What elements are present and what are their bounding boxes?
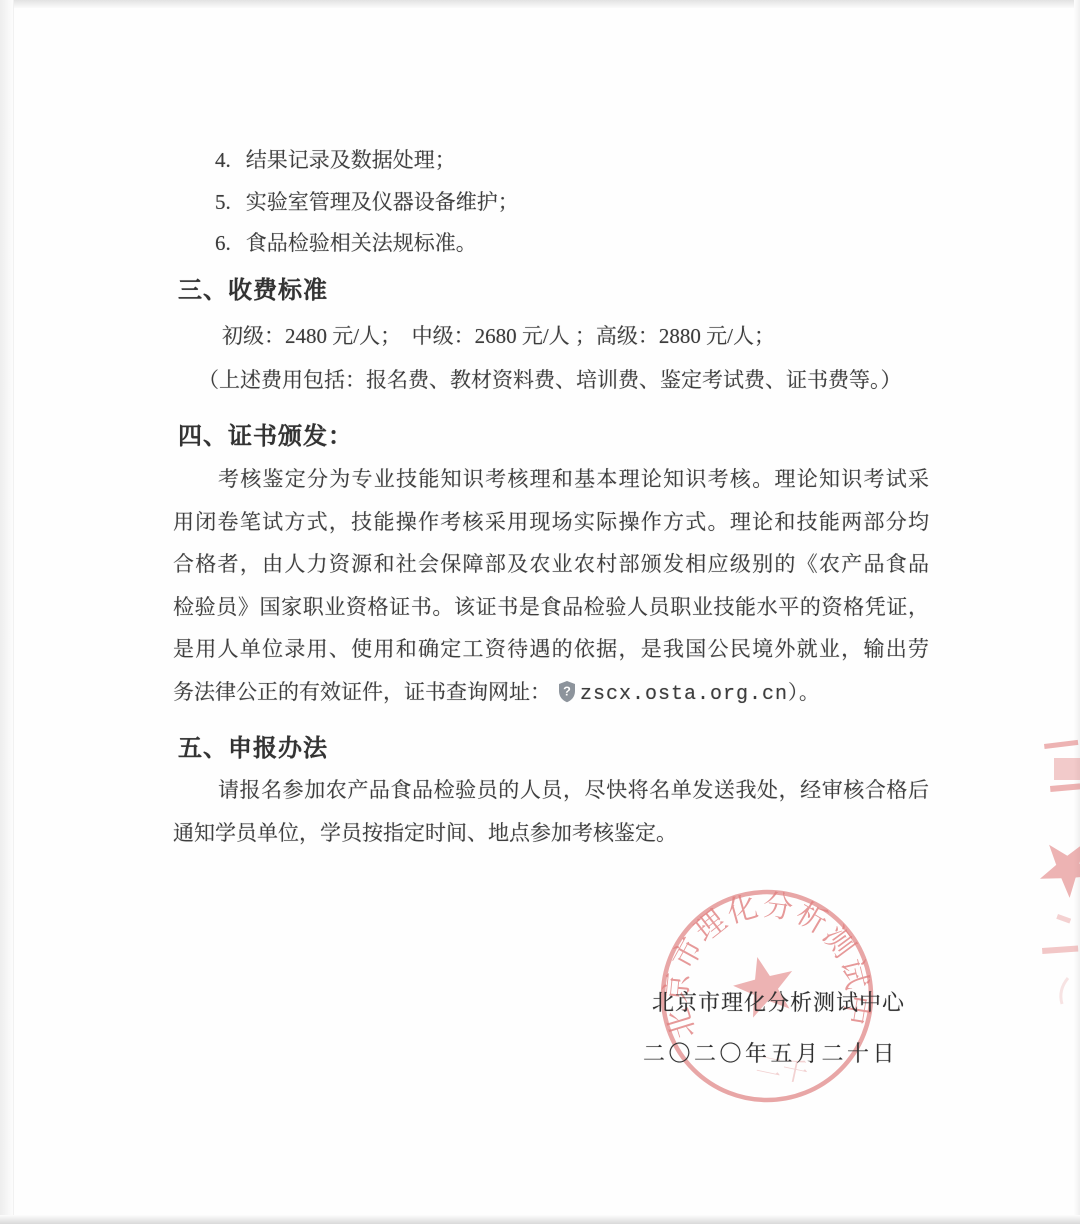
paragraph-line: 是用人单位录用、使用和确定工资待遇的依据，是我国公民境外就业，输出劳	[173, 636, 929, 662]
url-line-prefix: 务法律公正的有效证件，证书查询网址：	[173, 680, 551, 704]
list-item-text: 实验室管理及仪器设备维护；	[246, 190, 519, 214]
paragraph-line: 通知学员单位，学员按指定时间、地点参加考核鉴定。	[173, 820, 929, 846]
list-item-number: 6.	[215, 231, 231, 256]
paragraph-line-url: 务法律公正的有效证件，证书查询网址：?zscx.osta.org.cn）。	[173, 679, 929, 709]
list-item-text: 结果记录及数据处理；	[246, 148, 456, 172]
section-heading-application: 五、申报办法	[178, 728, 328, 763]
scan-edge-right	[1074, 0, 1080, 1224]
section-heading-certificate: 四、证书颁发：	[178, 416, 353, 451]
signature-date: 二〇二〇年五月二十日	[643, 1037, 898, 1068]
paragraph-line: 合格者，由人力资源和社会保障部及农业农村部颁发相应级别的《农产品食品	[173, 551, 929, 577]
signature-organization: 北京市理化分析测试中心	[652, 986, 905, 1017]
list-item-text: 食品检验相关法规标准。	[246, 231, 477, 255]
partial-stamp-fragment	[1010, 728, 1080, 1018]
list-item-number: 5.	[215, 190, 231, 215]
list-item: 4.结果记录及数据处理；	[215, 144, 456, 174]
seal-ring-text: 北京市理化分析测试中心	[647, 876, 874, 1042]
list-item: 5.实验室管理及仪器设备维护；	[215, 186, 519, 216]
paragraph-line: 考核鉴定分为专业技能知识考核理和基本理论知识考核。理论知识考试采	[173, 466, 929, 492]
scan-edge-bottom	[0, 1215, 1080, 1224]
paragraph-line: 用闭卷笔试方式，技能操作考核采用现场实际操作方式。理论和技能两部分均	[173, 509, 929, 535]
scan-edge-left	[0, 0, 14, 1224]
document-page: 4.结果记录及数据处理； 5.实验室管理及仪器设备维护； 6.食品检验相关法规标…	[0, 0, 1080, 1224]
scan-edge-top	[0, 0, 1080, 8]
certificate-query-url: zscx.osta.org.cn）。	[580, 683, 820, 706]
paragraph-line: 检验员》国家职业资格证书。该证书是食品检验人员职业技能水平的资格凭证，	[173, 594, 929, 620]
fee-line: 初级：2480 元/人； 中级：2680 元/人 ；高级：2880 元/人；	[222, 323, 978, 349]
list-item-number: 4.	[215, 148, 231, 173]
fee-note: （上述费用包括：报名费、教材资料费、培训费、鉴定考试费、证书费等。）	[198, 367, 954, 393]
svg-text:?: ?	[563, 684, 571, 699]
shield-question-icon: ?	[557, 680, 577, 709]
list-item: 6.食品检验相关法规标准。	[215, 227, 477, 257]
section-heading-fees: 三、收费标准	[178, 270, 328, 305]
paragraph-line: 请报名参加农产品食品检验员的人员，尽快将名单发送我处，经审核合格后	[173, 777, 929, 803]
